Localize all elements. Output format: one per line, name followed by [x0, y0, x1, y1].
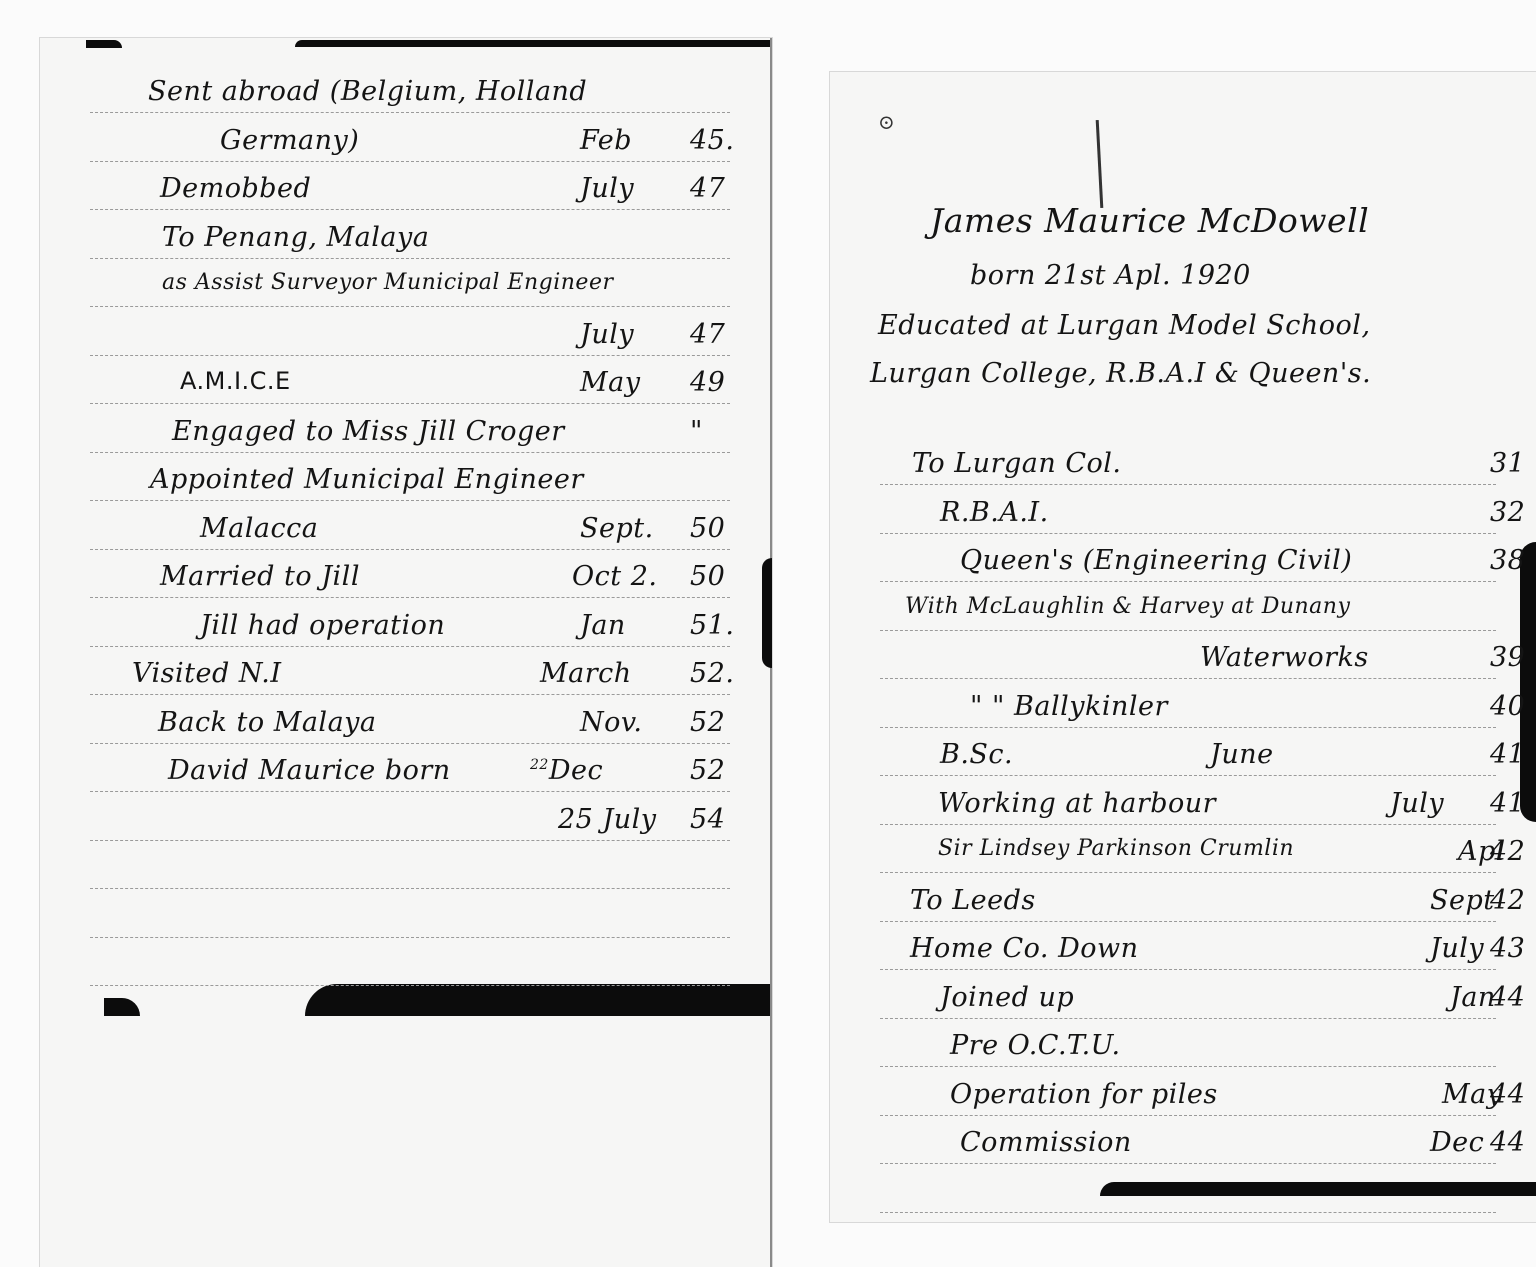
ruled-line: [880, 824, 1496, 825]
entry-year: 52.: [690, 660, 734, 687]
entry-text: With McLaughlin & Harvey at Dunany: [905, 596, 1350, 618]
entry-text: Pre O.C.T.U.: [950, 1032, 1121, 1059]
ruled-line: [880, 484, 1496, 485]
entry-month-text: Sept.: [580, 513, 654, 544]
entry-text: Jill had operation: [200, 612, 445, 639]
ruled-line: [880, 630, 1496, 631]
entry-text: David Maurice born: [168, 757, 451, 784]
entry-year: 47: [690, 321, 725, 348]
entry-text: Waterworks: [1200, 644, 1369, 671]
entry-month: Jan: [1450, 984, 1496, 1011]
entry-month: Sept.: [580, 515, 654, 542]
entry-month-text: July: [1390, 788, 1444, 819]
entry-text: R.B.A.I.: [940, 499, 1049, 526]
entry-year: 43: [1490, 935, 1525, 962]
entry-month: Oct 2.: [572, 563, 657, 590]
entry-year: 42: [1490, 838, 1525, 865]
entry-text: Commission: [960, 1129, 1132, 1156]
entry-month-text: Nov.: [580, 707, 643, 738]
ruled-line: [90, 597, 730, 598]
ruled-line: [90, 937, 730, 938]
entry-text: " " Ballykinler: [970, 693, 1168, 720]
ruled-line: [90, 840, 730, 841]
entry-month: Sept: [1430, 887, 1495, 914]
entry-year: 44: [1490, 1081, 1525, 1108]
entry-text: Germany): [220, 127, 359, 154]
entry-text: Working at harbour: [938, 790, 1216, 817]
entry-year: 44: [1490, 1129, 1525, 1156]
entry-year: 41: [1490, 790, 1525, 817]
entry-month: Nov.: [580, 709, 643, 736]
entry-text: To Penang, Malaya: [162, 224, 429, 251]
ruled-line: [90, 791, 730, 792]
entry-month: Jan: [580, 612, 626, 639]
entry-text: Visited N.I: [132, 660, 282, 687]
entry-text: Sir Lindsey Parkinson Crumlin: [938, 838, 1294, 860]
ruled-line: [880, 921, 1496, 922]
scan-shadow-top: [295, 40, 770, 47]
entry-month-text: 25 July: [558, 804, 657, 835]
ruled-line: [880, 969, 1496, 970]
entry-month: Feb: [580, 127, 632, 154]
entry-year: 50: [690, 515, 725, 542]
entry-month-text: Dec: [549, 755, 603, 786]
entry-month-text: Jan: [1450, 982, 1496, 1013]
entry-month-text: Jan: [580, 610, 626, 641]
entry-month: 22Dec: [530, 757, 603, 784]
ruled-line: [880, 1115, 1496, 1116]
ruled-line: [880, 581, 1496, 582]
ruled-line: [90, 355, 730, 356]
entry-year: 38: [1490, 547, 1525, 574]
ruled-line: [90, 646, 730, 647]
ruled-line: [880, 1163, 1496, 1164]
entry-month: July: [580, 175, 634, 202]
entry-text: as Assist Surveyor Municipal Engineer: [162, 272, 613, 294]
entry-text: To Leeds: [910, 887, 1036, 914]
entry-month: 25 July: [558, 806, 657, 833]
entry-year: 47: [690, 175, 725, 202]
entry-text: Queen's (Engineering Civil): [960, 547, 1352, 574]
entry-month-text: July: [1430, 933, 1484, 964]
entry-text: Married to Jill: [160, 563, 360, 590]
entry-month-text: May: [580, 367, 641, 398]
entry-year: 32: [1490, 499, 1525, 526]
entry-month: May: [580, 369, 641, 396]
corner-circle-mark: ⊙: [878, 110, 895, 134]
entry-text: Appointed Municipal Engineer: [150, 466, 584, 493]
ruled-line: [880, 775, 1496, 776]
entry-year: 49: [690, 369, 725, 396]
entry-text: Demobbed: [160, 175, 311, 202]
fold-crease-mark: [1096, 120, 1104, 208]
entry-month-text: June: [1210, 739, 1274, 770]
entry-year: 42: [1490, 887, 1525, 914]
entry-year: 41: [1490, 741, 1525, 768]
ruled-line: [90, 403, 730, 404]
ruled-line: [90, 888, 730, 889]
scan-shadow-bottom: [1100, 1182, 1536, 1196]
ruled-line: [880, 727, 1496, 728]
entry-year: 44: [1490, 984, 1525, 1011]
ruled-line: [90, 209, 730, 210]
entry-text: Joined up: [940, 984, 1074, 1011]
entry-text: Back to Malaya: [158, 709, 377, 736]
ruled-line: [90, 112, 730, 113]
scan-shadow-right-edge: [762, 558, 772, 668]
entry-text: B.Sc.: [940, 741, 1013, 768]
entry-month-text: Feb: [580, 125, 632, 156]
ruled-line: [90, 500, 730, 501]
entry-year: 50: [690, 563, 725, 590]
ruled-line: [90, 985, 730, 986]
ruled-line: [90, 258, 730, 259]
entry-month: July: [580, 321, 634, 348]
entry-month: June: [1210, 741, 1274, 768]
entry-text: Engaged to Miss Jill Croger: [172, 418, 565, 445]
ruled-line: [90, 743, 730, 744]
entry-year: 52: [690, 709, 725, 736]
scan-shadow-top-left: [86, 40, 122, 48]
entry-text: To Lurgan Col.: [912, 450, 1121, 477]
ruled-line: [90, 694, 730, 695]
entry-month-text: Sept: [1430, 885, 1495, 916]
right-notebook-page: ⊙ James Maurice McDowell born 21st Apl. …: [830, 72, 1536, 1222]
ruled-line: [880, 872, 1496, 873]
entry-month-text: July: [580, 173, 634, 204]
ruled-line: [90, 549, 730, 550]
left-notebook-page: Sent abroad (Belgium, HollandGermany)Feb…: [40, 38, 772, 1267]
entry-month-text: March: [540, 658, 632, 689]
entry-text: Operation for piles: [950, 1081, 1218, 1108]
entry-year: 39: [1490, 644, 1525, 671]
ruled-line: [880, 533, 1496, 534]
entry-text: A.M.I.C.E: [180, 369, 291, 393]
ruled-line: [880, 1018, 1496, 1019]
entry-month: July: [1430, 935, 1484, 962]
scan-shadow-bottom-left: [104, 998, 140, 1016]
entry-month-text: July: [580, 319, 634, 350]
entry-month-text: Oct 2.: [572, 561, 657, 592]
entry-year: 40: [1490, 693, 1525, 720]
ruled-line: [90, 306, 730, 307]
entry-year: 45.: [690, 127, 734, 154]
entry-month-text: Dec: [1430, 1127, 1484, 1158]
ruled-line: [880, 1066, 1496, 1067]
ruled-line: [880, 1212, 1496, 1213]
entry-year: 51.: [690, 612, 734, 639]
entry-month: July: [1390, 790, 1444, 817]
entry-month: Dec: [1430, 1129, 1484, 1156]
entry-day: 22: [530, 757, 549, 773]
entry-year: 52: [690, 757, 725, 784]
entry-text: Malacca: [200, 515, 318, 542]
entry-text: Home Co. Down: [910, 935, 1138, 962]
entry-year: 54: [690, 806, 725, 833]
entry-text: Sent abroad (Belgium, Holland: [148, 78, 587, 105]
ruled-line: [880, 678, 1496, 679]
entry-month: March: [540, 660, 632, 687]
scan-shadow-bottom: [305, 984, 770, 1016]
scan-shadow-right-edge: [1520, 542, 1536, 822]
ruled-line: [90, 452, 730, 453]
entry-year: 31: [1490, 450, 1525, 477]
ruled-line: [90, 161, 730, 162]
entry-year: ": [690, 418, 703, 445]
